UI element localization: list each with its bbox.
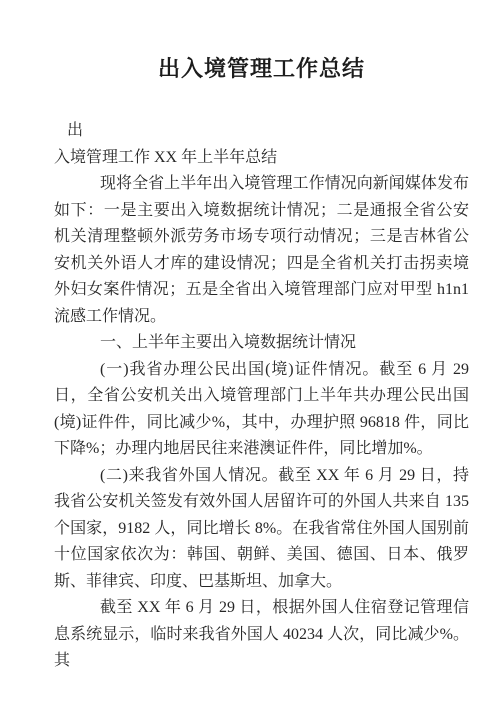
section-heading: 一、上半年主要出入境数据统计情况 <box>54 330 469 357</box>
paragraph-foreigners: (二)来我省外国人情况。截至 XX 年 6 月 29 日，持我省公安机关签发有效… <box>54 463 469 596</box>
intro-paragraph: 现将全省上半年出入境管理工作情况向新闻媒体发布如下：一是主要出入境数据统计情况；… <box>54 171 469 330</box>
subtitle-line-1: 出 <box>54 118 469 145</box>
document-title: 出入境管理工作总结 <box>54 0 469 85</box>
paragraph-exit-documents: (一)我省办理公民出国(境)证件情况。截至 6 月 29 日，全省公安机关出入境… <box>54 357 469 463</box>
paragraph-temporary-foreigners: 截至 XX 年 6 月 29 日，根据外国人住宿登记管理信息系统显示，临时来我省… <box>54 595 469 675</box>
document-body: 出 入境管理工作 XX 年上半年总结 现将全省上半年出入境管理工作情况向新闻媒体… <box>54 118 469 675</box>
document-page: 出入境管理工作总结 出 入境管理工作 XX 年上半年总结 现将全省上半年出入境管… <box>0 0 500 707</box>
subtitle-line-2: 入境管理工作 XX 年上半年总结 <box>54 145 469 172</box>
